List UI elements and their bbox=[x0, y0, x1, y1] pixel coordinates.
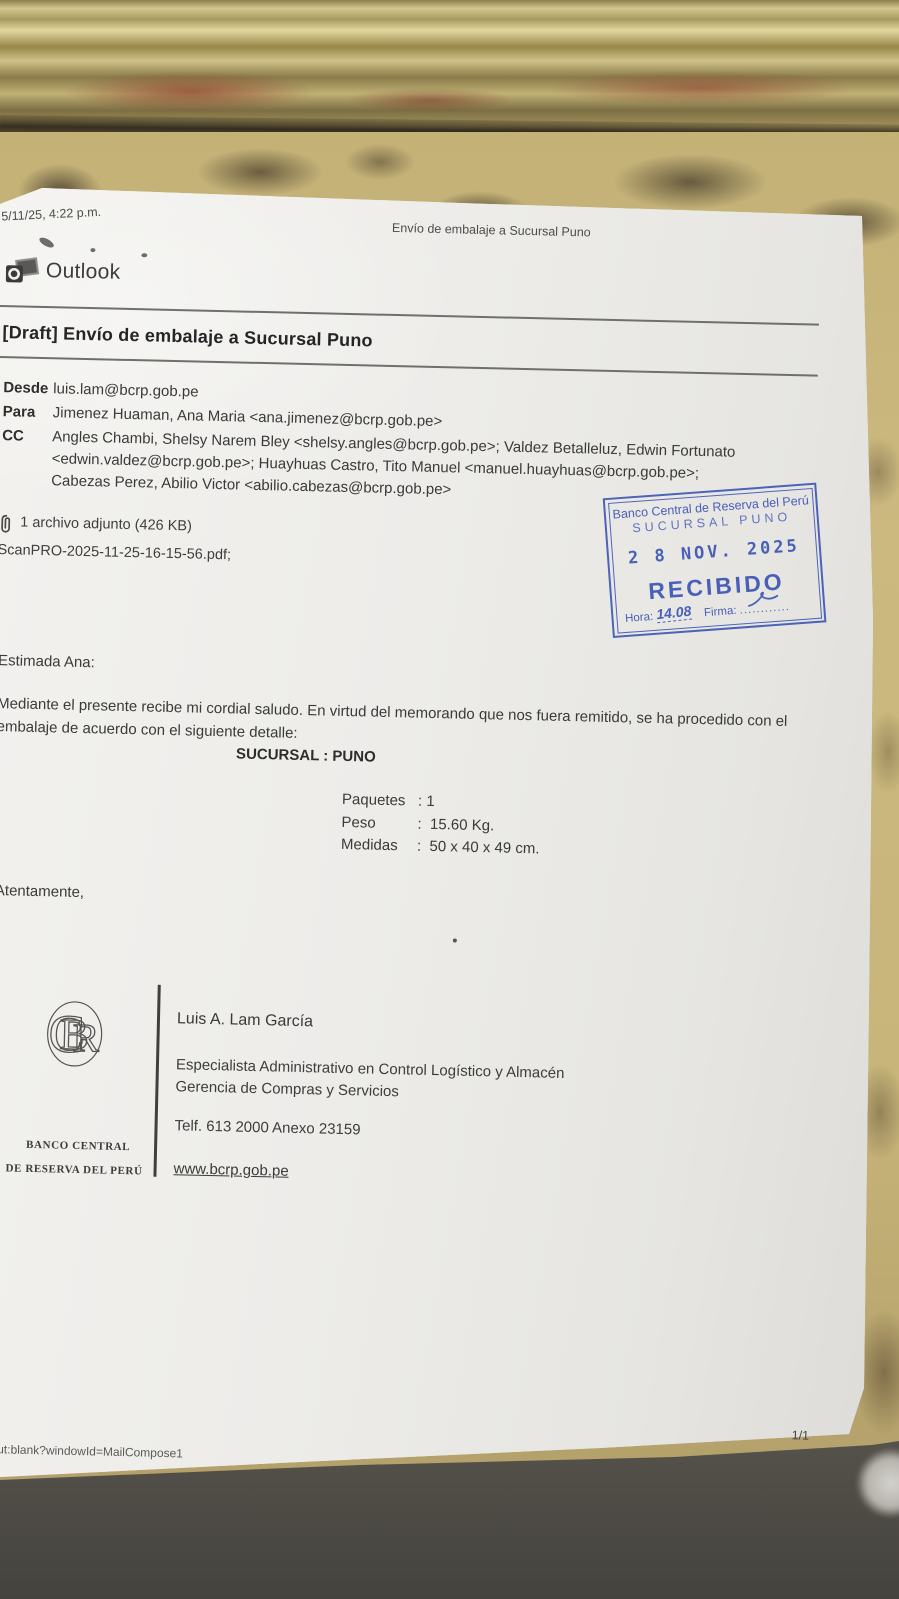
detail-sep: : bbox=[417, 838, 422, 855]
detail-label: Peso bbox=[341, 811, 417, 835]
photo-scene: 5/11/25, 4:22 p.m. Envío de embalaje a S… bbox=[0, 0, 899, 1599]
paperclip-icon bbox=[0, 514, 15, 532]
print-header-subject: Envío de embalaje a Sucursal Puno bbox=[392, 221, 591, 240]
org-name-line2: DE RESERVA DEL PERÚ bbox=[5, 1162, 142, 1177]
from-label: Desde bbox=[3, 377, 49, 400]
attachment-summary: 1 archivo adjunto (426 KB) bbox=[20, 515, 192, 535]
body-paragraph: Mediante el presente recibe mi cordial s… bbox=[0, 692, 799, 756]
page-indicator: 1/1 bbox=[792, 1428, 810, 1442]
detail-row-medidas: Medidas: 50 x 40 x 49 cm. bbox=[341, 834, 540, 861]
detail-value: 50 x 40 x 49 cm. bbox=[429, 838, 539, 857]
closing: Atentamente, bbox=[0, 882, 84, 901]
stamp-date: 2 8 NOV. 2025 bbox=[627, 536, 800, 569]
email-document: 5/11/25, 4:22 p.m. Envío de embalaje a S… bbox=[0, 180, 899, 1520]
stray-dot bbox=[453, 938, 457, 942]
header-rule-top bbox=[0, 305, 819, 325]
to-value: Jimenez Huaman, Ana Maria <ana.jimenez@b… bbox=[53, 404, 443, 430]
signature-phone: Telf. 613 2000 Anexo 23159 bbox=[174, 1117, 360, 1138]
paper-smudge bbox=[90, 248, 95, 252]
received-stamp-inner-border: Banco Central de Reserva del Perú SUCURS… bbox=[608, 487, 822, 633]
cc-label: CC bbox=[2, 425, 24, 447]
cc-value: Angles Chambi, Shelsy Narem Bley <shelsy… bbox=[51, 428, 736, 498]
bcrp-logo: C B R bbox=[42, 995, 108, 1072]
stamp-firma-dots: ............ bbox=[739, 600, 790, 616]
outlook-wordmark: Outlook bbox=[46, 259, 121, 285]
email-subject-line: [Draft] Envío de embalaje a Sucursal Pun… bbox=[2, 322, 373, 351]
signature-title2: Gerencia de Compras y Servicios bbox=[175, 1078, 399, 1100]
svg-text:R: R bbox=[72, 1015, 100, 1061]
paper-smudge bbox=[38, 236, 55, 250]
salutation: Estimada Ana: bbox=[0, 652, 95, 671]
package-details: Paquetes: 1 Peso: 15.60 Kg. Medidas: 50 … bbox=[341, 789, 541, 861]
print-datetime: 5/11/25, 4:22 p.m. bbox=[1, 205, 101, 224]
received-stamp: Banco Central de Reserva del Perú SUCURS… bbox=[603, 483, 827, 638]
stamp-firma-label: Firma: bbox=[704, 604, 737, 618]
print-footer-url: about:blank?windowId=MailCompose1 bbox=[0, 1442, 183, 1461]
stamp-signature-mark bbox=[746, 587, 781, 609]
detail-sep: : bbox=[417, 815, 422, 832]
header-rule-bottom bbox=[0, 356, 818, 376]
from-value: luis.lam@bcrp.gob.pe bbox=[53, 380, 199, 400]
detail-label: Paquetes bbox=[342, 789, 418, 813]
paper-smudge bbox=[141, 253, 147, 257]
outlook-logo-icon bbox=[6, 256, 41, 289]
signature-title1: Especialista Administrativo en Control L… bbox=[176, 1056, 565, 1082]
detail-value: 1 bbox=[426, 793, 435, 810]
detail-sep: : bbox=[418, 793, 423, 810]
detail-value: 15.60 Kg. bbox=[430, 815, 495, 833]
org-name-line1: BANCO CENTRAL bbox=[26, 1139, 130, 1153]
to-label: Para bbox=[2, 401, 35, 424]
site-line: SUCURSAL : PUNO bbox=[236, 746, 376, 766]
signature-divider bbox=[153, 985, 160, 1177]
signature-website-link: www.bcrp.gob.pe bbox=[173, 1160, 288, 1180]
detail-label: Medidas bbox=[341, 834, 417, 858]
signature-name: Luis A. Lam García bbox=[177, 1010, 313, 1031]
attachment-filename: ScanPRO-2025-11-25-16-15-56.pdf; bbox=[0, 542, 231, 563]
stamp-hora-value: 14.08 bbox=[655, 602, 692, 623]
stamp-hora-label: Hora: bbox=[625, 610, 654, 624]
